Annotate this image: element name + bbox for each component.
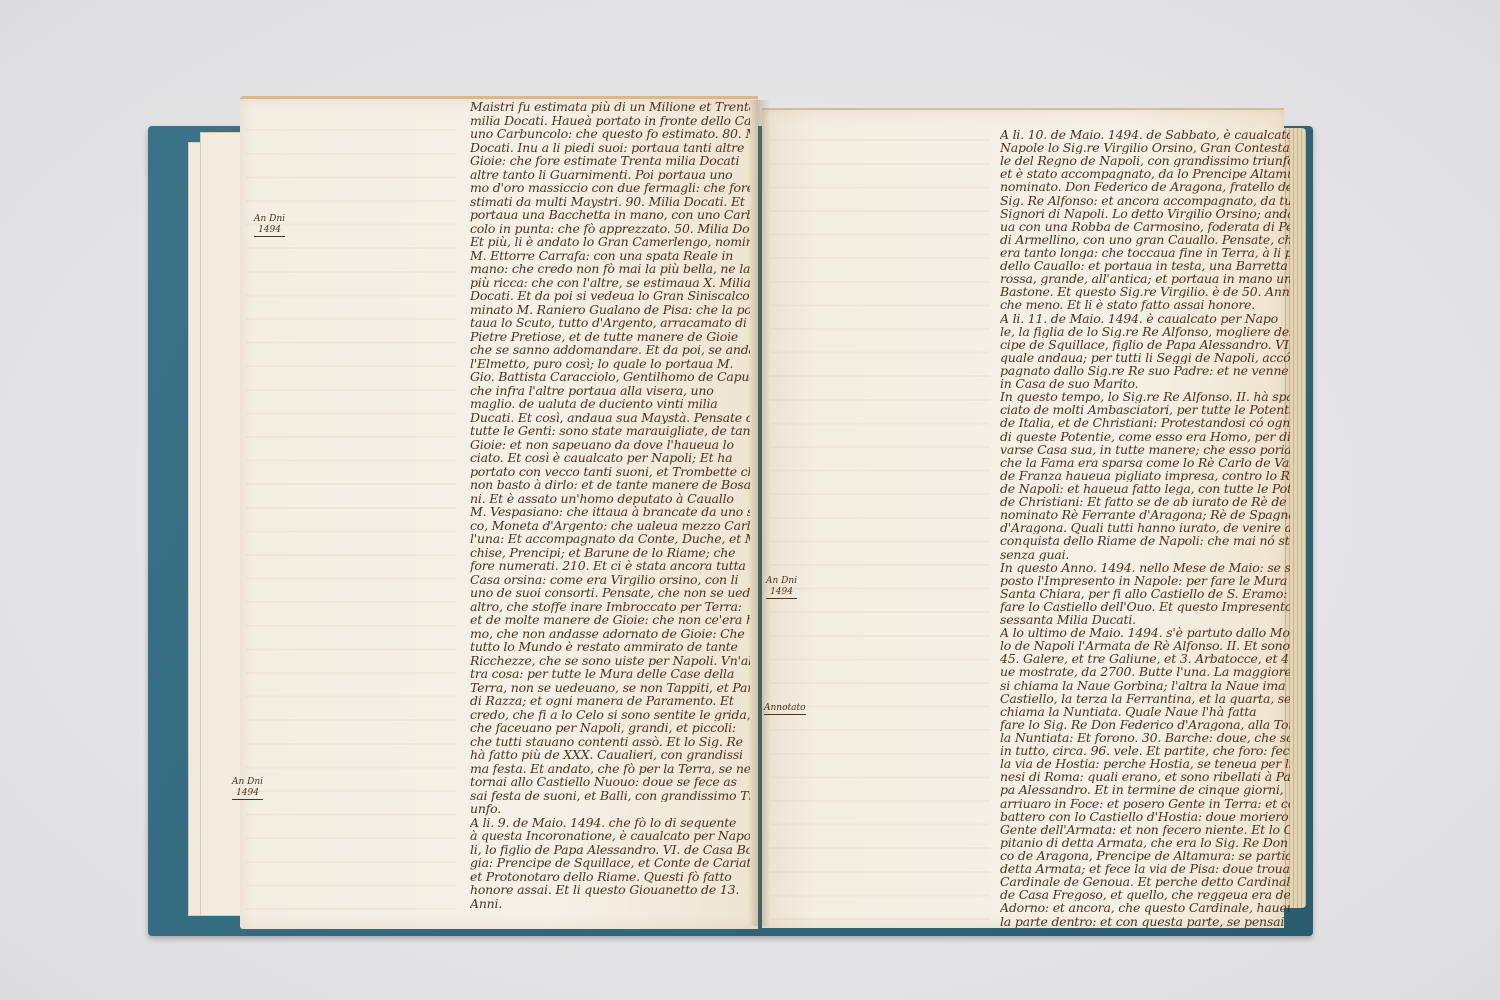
manuscript-line: minato M. Raniero Gualano de Pisa: che l… bbox=[470, 303, 750, 317]
manuscript-line: Ducati. Et così, andaua sua Maystà. Pens… bbox=[470, 411, 750, 425]
manuscript-line: era tanto longa: che toccaua fine in Ter… bbox=[1000, 246, 1290, 259]
manuscript-line: Gioie: che fore estimate Trenta milia Do… bbox=[470, 154, 750, 168]
manuscript-line: tornai allo Castiello Nuouo: doue se fec… bbox=[470, 775, 750, 789]
manuscript-line: ni. Et è assato un'homo deputato à Caual… bbox=[470, 492, 750, 506]
manuscript-line: fare lo Castiello dell'Ouo. Et questo Im… bbox=[1000, 600, 1290, 613]
manuscript-line: Signori di Napoli. Lo detto Virgilio Ors… bbox=[1000, 207, 1290, 220]
manuscript-line: ciato. Et così è caualcato per Napoli; E… bbox=[470, 451, 750, 465]
left-page-text: Maistri fu estimata più di un Milione et… bbox=[470, 100, 750, 910]
manuscript-line: uno de suoi consorti. Pensate, che non s… bbox=[470, 586, 750, 600]
manuscript-line: chiama la Nuntiata. Quale Naue l'hà fatt… bbox=[1000, 705, 1290, 718]
manuscript-line: Cardinale de Genoua. Et perche detto Car… bbox=[1000, 875, 1290, 888]
right-page-text: A li. 10. de Maio. 1494. de Sabbato, è c… bbox=[1000, 128, 1290, 928]
manuscript-line: unfo. bbox=[470, 802, 750, 816]
manuscript-line: battero con lo Castiello d'Hostia: doue … bbox=[1000, 810, 1290, 823]
manuscript-line: maglio. de ualuta de duciento vinti mili… bbox=[470, 397, 750, 411]
manuscript-line: uno Carbuncolo: che questo fo estimato. … bbox=[470, 127, 750, 141]
manuscript-line: di Armellino, con uno gran Cauallo. Pens… bbox=[1000, 233, 1290, 246]
manuscript-line: di queste Potentie, come esso era Homo, … bbox=[1000, 430, 1290, 443]
manuscript-line: la Nuntiata: Et forono. 30. Barche: doue… bbox=[1000, 731, 1290, 744]
manuscript-line: Ricchezze, che se sono uiste per Napoli.… bbox=[470, 654, 750, 668]
manuscript-line: varse Casa sua, in tutte manere; che ess… bbox=[1000, 443, 1290, 456]
manuscript-line: M. Ettorre Carrafa: con una spata Reale … bbox=[470, 249, 750, 263]
manuscript-line: ue mostrate, da 2700. Butte l'una. La ma… bbox=[1000, 665, 1290, 678]
manuscript-line: hà fatto più de XXX. Caualieri, con gran… bbox=[470, 748, 750, 762]
manuscript-line: taua lo Scuto, tutto d'Argento, arracama… bbox=[470, 316, 750, 330]
manuscript-line: l'Elmetto, puro così; lo quale lo portau… bbox=[470, 357, 750, 371]
bleed-through-right bbox=[770, 120, 990, 920]
manuscript-line: ua con una Robba de Carmosino, foderata … bbox=[1000, 220, 1290, 233]
manuscript-line: posto l'Impresento in Napole: per fare l… bbox=[1000, 574, 1290, 587]
manuscript-line: portaua una Bacchetta in mano, con uno C… bbox=[470, 208, 750, 222]
manuscript-line: la via de Hostia: perche Hostia, se tene… bbox=[1000, 757, 1290, 770]
manuscript-line: cipe de Squillace, figlio de Papa Alessa… bbox=[1000, 338, 1290, 351]
manuscript-line: Gente dell'Armata: et non fecero niente.… bbox=[1000, 823, 1290, 836]
manuscript-line: à questa Incoronatione, è caualcato per … bbox=[470, 829, 750, 843]
manuscript-line: nominato. Don Federico de Aragona, frate… bbox=[1000, 180, 1290, 193]
manuscript-line: ciato de molti Ambasciatori, per tutte l… bbox=[1000, 403, 1290, 416]
manuscript-line: sai festa de suoni, et Balli, con grandi… bbox=[470, 789, 750, 803]
manuscript-line: de Christiani: Et fatto se de ab iurato … bbox=[1000, 495, 1290, 508]
manuscript-line: arriuaro in Foce: et posero Gente in Ter… bbox=[1000, 797, 1290, 810]
manuscript-line: stimati da multi Maystri. 90. Milia Doca… bbox=[470, 195, 750, 209]
manuscript-line: senza guai. bbox=[1000, 548, 1290, 561]
manuscript-line: lo de Napoli l'Armata de Rè Alfonso. II.… bbox=[1000, 639, 1290, 652]
manuscript-line: de Italia, et de Christiani: Protestando… bbox=[1000, 416, 1290, 429]
manuscript-line: più ricca: che con l'altre, se estimaua … bbox=[470, 276, 750, 290]
manuscript-line: In questo tempo, lo Sig.re Re Alfonso. I… bbox=[1000, 390, 1290, 403]
manuscript-line: Docati. Et da poi si vedeua lo Gran Sini… bbox=[470, 289, 750, 303]
manuscript-line: de Napoli: et haueua fatto lega, con tut… bbox=[1000, 482, 1290, 495]
manuscript-line: milia Docati. Haueà portato in fronte de… bbox=[470, 114, 750, 128]
manuscript-line: dello Cauallo: et portaua in testa, una … bbox=[1000, 259, 1290, 272]
manuscript-line: chise, Prencipi; et Barune de lo Riame; … bbox=[470, 546, 750, 560]
manuscript-line: portato con vecco tanti suoni, et Trombe… bbox=[470, 465, 750, 479]
manuscript-line: detta Armata; et fece la via de Pisa: do… bbox=[1000, 862, 1290, 875]
manuscript-line: che faceuano per Napoli, grandi, et picc… bbox=[470, 721, 750, 735]
manuscript-line: co de Aragona, Prencipe de Altamura: se … bbox=[1000, 849, 1290, 862]
manuscript-line: che la Fama era sparsa come lo Rè Carlo … bbox=[1000, 456, 1290, 469]
manuscript-line: Napole lo Sig.re Virgilio Orsino, Gran C… bbox=[1000, 141, 1290, 154]
manuscript-line: quale andaua; per tutti li Seggi de Napo… bbox=[1000, 351, 1290, 364]
manuscript-line: che meno. Et li è stato fatto assai hono… bbox=[1000, 298, 1290, 311]
manuscript-line: Et più, li è andato lo Gran Camerlengo, … bbox=[470, 235, 750, 249]
manuscript-line: M. Vespasiano: che ittaua à brancate da … bbox=[470, 505, 750, 519]
manuscript-line: fare lo Sig. Re Don Federico d'Aragona, … bbox=[1000, 718, 1290, 731]
manuscript-line: Maistri fu estimata più di un Milione et… bbox=[470, 100, 750, 114]
margin-note: An Dni 1494 bbox=[232, 777, 263, 800]
manuscript-line: sessanta Milia Ducati. bbox=[1000, 613, 1290, 626]
manuscript-line: Santa Chiara, per fi allo Castiello de S… bbox=[1000, 587, 1290, 600]
manuscript-line: A li. 9. de Maio. 1494. che fò lo di seq… bbox=[470, 816, 750, 830]
manuscript-line: che infra l'altre portaua alla visera, u… bbox=[470, 384, 750, 398]
margin-note: Annotato bbox=[764, 703, 806, 715]
manuscript-line: Gio. Battista Caracciolo, Gentilhomo de … bbox=[470, 370, 750, 384]
manuscript-line: Adorno: et ancora, che questo Cardinale,… bbox=[1000, 901, 1290, 914]
book-gutter bbox=[748, 100, 770, 926]
manuscript-line: de Casa Fregoso, et quello, che reggeua … bbox=[1000, 888, 1290, 901]
margin-note: An Dni 1494 bbox=[254, 214, 285, 237]
manuscript-line: co, Moneta d'Argento: che ualeua mezzo C… bbox=[470, 519, 750, 533]
manuscript-line: mano: che credo non fò mai la più bella,… bbox=[470, 262, 750, 276]
manuscript-line: de Franza haueua pigliato impresa, contr… bbox=[1000, 469, 1290, 482]
manuscript-line: pagnato dallo Sig.re Re suo Padre: et ne… bbox=[1000, 364, 1290, 377]
manuscript-line: altro, che stoffe inare Imbroccato per T… bbox=[470, 600, 750, 614]
manuscript-line: nesi di Roma: quali erano, et sono ribel… bbox=[1000, 770, 1290, 783]
manuscript-line: che se sanno addomandare. Et da poi, se … bbox=[470, 343, 750, 357]
manuscript-line: Sig. Re Alfonso: et ancora accompagnato,… bbox=[1000, 194, 1290, 207]
manuscript-line: mo d'oro massiccio con due fermagli: che… bbox=[470, 181, 750, 195]
manuscript-line: tutte le Genti: sono state marauigliate,… bbox=[470, 424, 750, 438]
manuscript-line: l'una: Et accompagnato da Conte, Duche, … bbox=[470, 532, 750, 546]
manuscript-line: che tutti stauano contenti assò. Et lo S… bbox=[470, 735, 750, 749]
manuscript-line: nominato Rè Ferrante d'Aragona; Rè de Sp… bbox=[1000, 508, 1290, 521]
manuscript-line: le del Regno de Napoli, con grandissimo … bbox=[1000, 154, 1290, 167]
manuscript-line: altre tanto li Guarnimenti. Poi portaua … bbox=[470, 168, 750, 182]
manuscript-line: di Razza; et ogni manera de Paramento. E… bbox=[470, 694, 750, 708]
manuscript-line: pitanio di detta Armata, che era lo Sig.… bbox=[1000, 836, 1290, 849]
manuscript-line: In questo Anno. 1494. nello Mese de Maio… bbox=[1000, 561, 1290, 574]
manuscript-line: Pietre Pretiose, et de tutte manere de G… bbox=[470, 330, 750, 344]
manuscript-line: gia: Prencipe de Squillace, et Conte de … bbox=[470, 856, 750, 870]
manuscript-line: d'Aragona. Quali tutti hanno iurato, de … bbox=[1000, 521, 1290, 534]
manuscript-line: A li. 11. de Maio. 1494. è caualcato per… bbox=[1000, 312, 1290, 325]
manuscript-line: rossa, grande, all'antica; et portaua in… bbox=[1000, 272, 1290, 285]
manuscript-line: A lo ultimo de Maio. 1494. s'è partuto d… bbox=[1000, 626, 1290, 639]
manuscript-line: Terra, non se uedeuano, se non Tappiti, … bbox=[470, 681, 750, 695]
manuscript-line: 45. Galere, et tre Galiune, et 3. Arbato… bbox=[1000, 652, 1290, 665]
manuscript-line: li, lo figlio de Papa Alessandro. VI. de… bbox=[470, 843, 750, 857]
manuscript-line: Docati. Inu a li piedi suoi: portaua tan… bbox=[470, 141, 750, 155]
manuscript-line: honore assai. Et li questo Giouanetto de… bbox=[470, 883, 750, 897]
manuscript-line: et Protonotaro dello Riame. Questi fò fa… bbox=[470, 870, 750, 884]
manuscript-line: et de molte manere de Gioie: che non ce'… bbox=[470, 613, 750, 627]
manuscript-line: in tutto, circa. 96. vele. Et partite, c… bbox=[1000, 744, 1290, 757]
manuscript-line: Anni. bbox=[470, 897, 750, 911]
manuscript-line: la parte dentro: et con questa parte, se… bbox=[1000, 915, 1290, 928]
manuscript-line: colo in punta: che fò apprezzato. 50. Mi… bbox=[470, 222, 750, 236]
manuscript-line: si chiama la Naue Gorbina; l'altra la Na… bbox=[1000, 679, 1290, 692]
manuscript-line: tutto lo Mundo è restato ammirato de tan… bbox=[470, 640, 750, 654]
manuscript-line: Castiello, la terza la Ferrantina, et la… bbox=[1000, 692, 1290, 705]
margin-note: An Dni 1494 bbox=[766, 576, 797, 599]
manuscript-line: et è stato accompagnato, da lo Prencipe … bbox=[1000, 167, 1290, 180]
manuscript-line: pa Alessandro. Et in termine de cinque g… bbox=[1000, 783, 1290, 796]
manuscript-line: Bastone. Et questo Sig.re Virgilio. è de… bbox=[1000, 285, 1290, 298]
manuscript-line: conquista dello Riame de Napoli: che mai… bbox=[1000, 534, 1290, 547]
manuscript-line: credo, che fi a lo Celo si sono sentite … bbox=[470, 708, 750, 722]
manuscript-line: ma festa. Et andato, che fò per la Terra… bbox=[470, 762, 750, 776]
manuscript-line: mo, che non andasse adornato de Gioie: C… bbox=[470, 627, 750, 641]
manuscript-line: non basto à dirlo: et de tante manere de… bbox=[470, 478, 750, 492]
manuscript-line: fore numerati. 210. Et ci è stata ancora… bbox=[470, 559, 750, 573]
manuscript-line: le, la figlia de lo Sig.re Re Alfonso, m… bbox=[1000, 325, 1290, 338]
manuscript-line: in Casa de suo Marito. bbox=[1000, 377, 1290, 390]
manuscript-line: Casa orsina: come era Virgilio orsino, c… bbox=[470, 573, 750, 587]
manuscript-line: tra cosa: per tutte le Mura delle Case d… bbox=[470, 667, 750, 681]
manuscript-line: A li. 10. de Maio. 1494. de Sabbato, è c… bbox=[1000, 128, 1290, 141]
manuscript-line: Gioie: et non sapeuano da dove l'haueua … bbox=[470, 438, 750, 452]
